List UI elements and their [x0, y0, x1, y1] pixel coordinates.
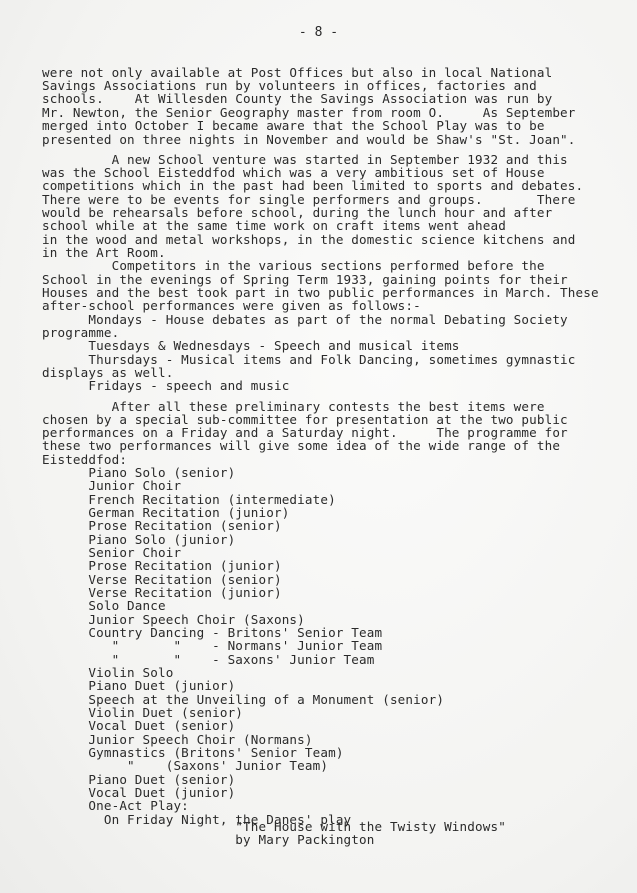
text-line: Competitors in the various sections perf…	[42, 259, 545, 272]
text-line: after-school performances were given as …	[42, 299, 421, 312]
text-line: Prose Recitation (junior)	[42, 559, 282, 572]
text-line: competitions which in the past had been …	[42, 179, 583, 192]
text-line: presented on three nights in November an…	[42, 133, 576, 146]
text-line: these two performances will give some id…	[42, 439, 560, 452]
text-line: Tuesdays & Wednesdays - Speech and music…	[42, 339, 460, 352]
text-line: Solo Dance	[42, 599, 166, 612]
text-line: schools. At Willesden County the Savings…	[42, 92, 552, 105]
text-line: school while at the same time work on cr…	[42, 219, 506, 232]
page-number: - 8 -	[0, 25, 637, 40]
text-line: Fridays - speech and music	[42, 379, 289, 392]
text-line: Piano Duet (junior)	[42, 679, 235, 692]
document-page: - 8 - were not only available at Post Of…	[0, 0, 637, 893]
text-line: by Mary Packington	[42, 833, 374, 846]
text-line: Junior Choir	[42, 479, 181, 492]
text-line: Vocal Duet (senior)	[42, 719, 235, 732]
text-line: " " - Normans' Junior Team	[42, 639, 382, 652]
text-line: merged into October I became aware that …	[42, 119, 545, 132]
text-line: " (Saxons' Junior Team)	[42, 759, 328, 772]
text-line: Prose Recitation (senior)	[42, 519, 282, 532]
text-line: Mondays - House debates as part of the n…	[42, 313, 568, 326]
text-line: One-Act Play:	[42, 799, 189, 812]
